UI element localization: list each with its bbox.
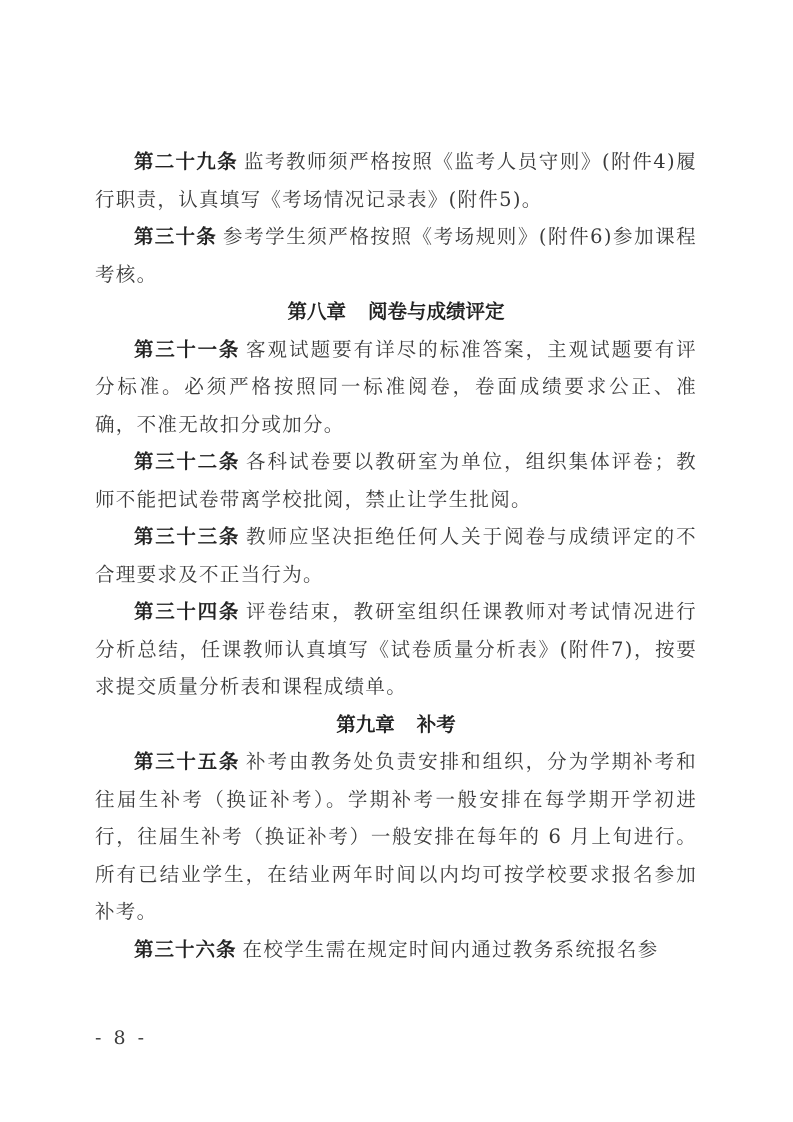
article-31: 第三十一条客观试题要有详尽的标准答案，主观试题要有评分标准。必须严格按照同一标准…: [95, 331, 697, 444]
article-heading: 第三十二条: [134, 450, 240, 473]
article-heading: 第三十一条: [134, 338, 240, 361]
article-heading: 第二十九条: [134, 150, 238, 173]
article-29: 第二十九条监考教师须严格按照《监考人员守则》(附件4)履行职责，认真填写《考场情…: [95, 143, 697, 218]
document-page: 第二十九条监考教师须严格按照《监考人员守则》(附件4)履行职责，认真填写《考场情…: [95, 143, 697, 968]
article-heading: 第三十五条: [134, 750, 240, 773]
article-33: 第三十三条教师应坚决拒绝任何人关于阅卷与成绩评定的不合理要求及不正当行为。: [95, 518, 697, 593]
article-32: 第三十二条各科试卷要以教研室为单位，组织集体评卷；教师不能把试卷带离学校批阅，禁…: [95, 443, 697, 518]
article-heading: 第三十条: [134, 225, 217, 248]
article-36: 第三十六条在校学生需在规定时间内通过教务系统报名参: [95, 931, 697, 969]
article-30: 第三十条参考学生须严格按照《考场规则》(附件6)参加课程考核。: [95, 218, 697, 293]
chapter-number: 第九章: [336, 713, 395, 736]
chapter-number: 第八章: [287, 300, 346, 323]
article-text: 补考由教务处负责安排和组织，分为学期补考和往届生补考（换证补考）。学期补考一般安…: [95, 750, 697, 923]
article-text: 在校学生需在规定时间内通过教务系统报名参: [243, 938, 659, 961]
chapter-title: 阅卷与成绩评定: [368, 300, 505, 323]
chapter-9-heading: 第九章补考: [95, 706, 697, 744]
article-heading: 第三十三条: [134, 525, 240, 548]
chapter-8-heading: 第八章阅卷与成绩评定: [95, 293, 697, 331]
page-number: - 8 -: [95, 1027, 147, 1049]
chapter-title: 补考: [417, 713, 456, 736]
article-35: 第三十五条补考由教务处负责安排和组织，分为学期补考和往届生补考（换证补考）。学期…: [95, 743, 697, 931]
article-heading: 第三十六条: [134, 938, 237, 961]
article-34: 第三十四条评卷结束，教研室组织任课教师对考试情况进行分析总结，任课教师认真填写《…: [95, 593, 697, 706]
article-heading: 第三十四条: [134, 600, 240, 623]
